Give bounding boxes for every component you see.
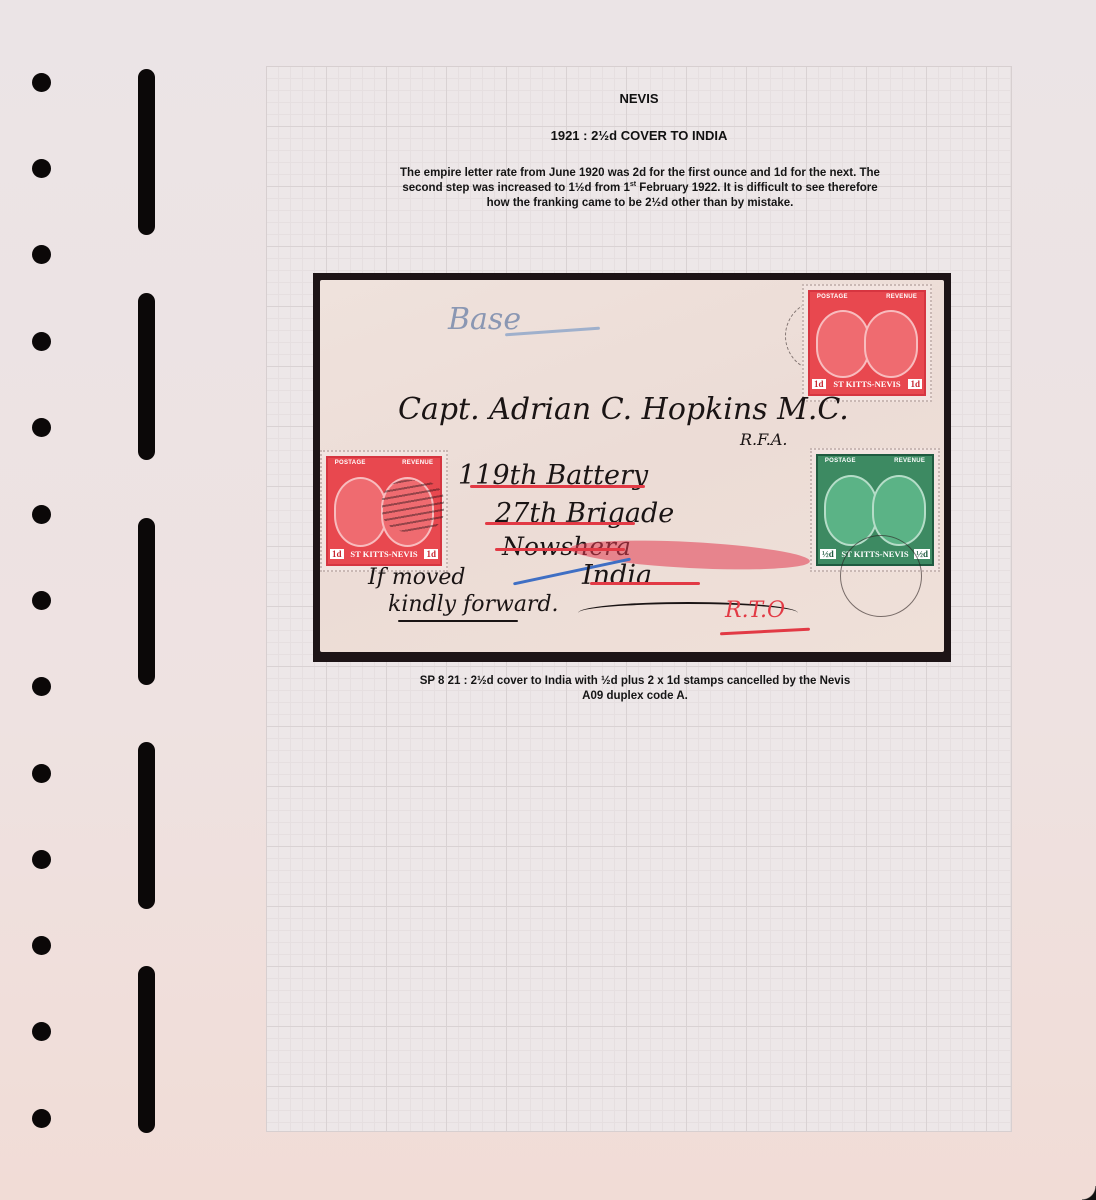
binder-hole — [32, 764, 51, 783]
binder-hole — [32, 1109, 51, 1128]
binder-hole — [32, 936, 51, 955]
binder-hole — [32, 1022, 51, 1041]
binder-hole — [32, 677, 51, 696]
address-name: Capt. Adrian C. Hopkins M.C. — [398, 392, 849, 427]
binder-hole — [32, 245, 51, 264]
description-line: second step was increased to 1½d from 1s… — [330, 181, 950, 196]
king-portrait — [334, 477, 387, 547]
page-subtitle: 1921 : 2½d COVER TO INDIA — [266, 128, 1012, 143]
description-line: how the franking came to be 2½d other th… — [330, 196, 950, 211]
address-unit: R.F.A. — [740, 430, 787, 449]
rto-underline — [720, 628, 810, 636]
strike-brigade — [485, 522, 635, 525]
cover-caption: SP 8 21 : 2½d cover to India with ½d plu… — [350, 674, 920, 704]
caption-line: SP 8 21 : 2½d cover to India with ½d plu… — [350, 674, 920, 689]
binder-slot — [138, 742, 155, 909]
strike-place — [495, 548, 625, 551]
envelope: Base POSTAGEREVENUE 1dST KITTS-NEVIS1d P… — [320, 280, 944, 652]
rto-mark: R.T.O — [725, 598, 785, 623]
page-title: NEVIS — [266, 91, 1012, 106]
redirect-note-line2: kindly forward. — [388, 592, 559, 617]
address-country: India — [582, 560, 652, 591]
description: The empire letter rate from June 1920 wa… — [330, 166, 950, 211]
caption-line: A09 duplex code A. — [350, 689, 920, 704]
nevis-postmark — [840, 535, 922, 617]
binder-slot — [138, 69, 155, 235]
duplex-cancel — [382, 480, 444, 532]
strike-battery — [470, 485, 645, 488]
stamp-1d-top-right: POSTAGEREVENUE 1dST KITTS-NEVIS1d — [802, 284, 932, 402]
binder-hole — [32, 850, 51, 869]
king-portrait — [816, 310, 870, 377]
redirect-underline — [398, 620, 518, 622]
binder-hole — [32, 591, 51, 610]
binder-hole — [32, 505, 51, 524]
strike-country — [590, 582, 700, 585]
binder-hole — [32, 159, 51, 178]
binder-hole — [32, 418, 51, 437]
pencil-note: Base — [448, 302, 521, 337]
badge-vignette — [864, 310, 918, 377]
binder-slot — [138, 518, 155, 685]
binder-hole — [32, 332, 51, 351]
binder-hole — [32, 73, 51, 92]
description-line: The empire letter rate from June 1920 wa… — [330, 166, 950, 181]
cover-mount: Base POSTAGEREVENUE 1dST KITTS-NEVIS1d P… — [313, 273, 951, 662]
page-corner — [1082, 1186, 1096, 1200]
redirect-note-line1: If moved — [368, 565, 465, 590]
binder-slot — [138, 966, 155, 1133]
binder-slot — [138, 293, 155, 460]
